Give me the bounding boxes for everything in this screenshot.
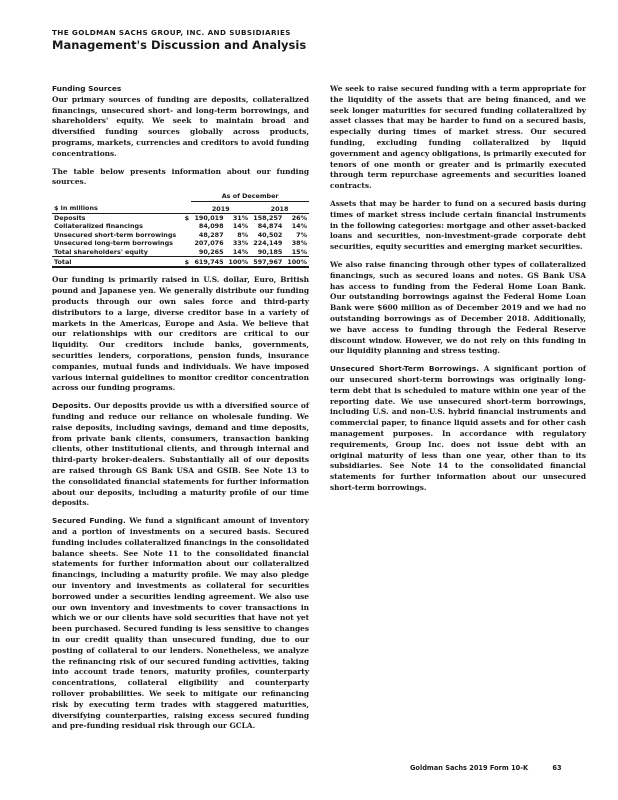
percent-2018: 100% — [284, 257, 309, 268]
percent-2018: 14% — [284, 222, 309, 230]
value-2019: 207,076 — [191, 239, 225, 247]
left-column: Funding Sources Our primary sources of f… — [52, 84, 309, 739]
funding-sources-table: As of December $ in millions 2019 2018 D… — [52, 192, 309, 268]
table-group-header: As of December — [191, 192, 309, 201]
table-row: Unsecured short-term borrowings 48,287 8… — [52, 231, 309, 239]
currency-symbol: $ — [183, 213, 192, 222]
secured-funding-paragraph: Secured Funding. We fund a significant a… — [52, 516, 309, 732]
percent-2019: 31% — [226, 213, 251, 222]
funding-intro-paragraph: Our primary sources of funding are depos… — [52, 95, 309, 160]
value-2019: 190,019 — [191, 213, 225, 222]
table-row: Deposits $ 190,019 31% 158,257 26% — [52, 213, 309, 222]
percent-2019: 100% — [226, 257, 251, 268]
page-header: THE GOLDMAN SACHS GROUP, INC. AND SUBSID… — [52, 28, 572, 52]
table-total-row: Total $ 619,745 100% 597,967 100% — [52, 257, 309, 268]
currency-symbol — [183, 239, 192, 247]
currency-symbol — [183, 231, 192, 239]
row-label: Unsecured short-term borrowings — [52, 231, 183, 239]
value-2018: 90,185 — [250, 248, 284, 257]
currency-symbol — [183, 222, 192, 230]
page-number: 63 — [552, 764, 561, 772]
value-2018: 158,257 — [250, 213, 284, 222]
company-name: THE GOLDMAN SACHS GROUP, INC. AND SUBSID… — [52, 28, 572, 37]
table-intro-paragraph: The table below presents information abo… — [52, 167, 309, 189]
harder-assets-paragraph: Assets that may be harder to fund on a s… — [330, 199, 586, 253]
secured-term-paragraph: We seek to raise secured funding with a … — [330, 84, 586, 192]
section-heading-funding-sources: Funding Sources — [52, 84, 309, 95]
other-financing-paragraph: We also raise financing through other ty… — [330, 260, 586, 357]
percent-2018: 7% — [284, 231, 309, 239]
table-unit-label: $ in millions — [52, 201, 183, 213]
deposits-text: Our deposits provide us with a diversifi… — [52, 401, 309, 507]
row-label: Collateralized financings — [52, 222, 183, 230]
publication-name: Goldman Sachs 2019 Form 10-K — [410, 764, 528, 772]
table-row: Collateralized financings 84,098 14% 84,… — [52, 222, 309, 230]
right-column: We seek to raise secured funding with a … — [330, 84, 586, 501]
deposits-heading: Deposits. — [52, 401, 91, 410]
percent-2018: 38% — [284, 239, 309, 247]
table-row: Unsecured long-term borrowings 207,076 3… — [52, 239, 309, 247]
percent-2018: 15% — [284, 248, 309, 257]
percent-2019: 14% — [226, 222, 251, 230]
creditors-paragraph: Our funding is primarily raised in U.S. … — [52, 275, 309, 394]
value-2019: 84,098 — [191, 222, 225, 230]
value-2019: 619,745 — [191, 257, 225, 268]
row-label: Unsecured long-term borrowings — [52, 239, 183, 247]
deposits-paragraph: Deposits. Our deposits provide us with a… — [52, 401, 309, 509]
value-2018: 597,967 — [250, 257, 284, 268]
unsecured-short-term-paragraph: Unsecured Short-Term Borrowings. A signi… — [330, 364, 586, 494]
value-2018: 84,874 — [250, 222, 284, 230]
page-footer: Goldman Sachs 2019 Form 10-K 63 — [410, 764, 562, 772]
year-header-2019: 2019 — [191, 201, 250, 213]
percent-2018: 26% — [284, 213, 309, 222]
row-label: Deposits — [52, 213, 183, 222]
value-2018: 40,502 — [250, 231, 284, 239]
year-header-2018: 2018 — [250, 201, 309, 213]
percent-2019: 33% — [226, 239, 251, 247]
value-2018: 224,149 — [250, 239, 284, 247]
currency-symbol: $ — [183, 257, 192, 268]
value-2019: 90,265 — [191, 248, 225, 257]
table-row: Total shareholders' equity 90,265 14% 90… — [52, 248, 309, 257]
row-label: Total — [52, 257, 183, 268]
unsecured-short-term-text: A significant portion of our unsecured s… — [330, 364, 586, 492]
secured-funding-text: We fund a significant amount of inventor… — [52, 516, 309, 730]
secured-funding-heading: Secured Funding. — [52, 516, 126, 525]
page-title: Management's Discussion and Analysis — [52, 38, 572, 52]
currency-symbol — [183, 248, 192, 257]
value-2019: 48,287 — [191, 231, 225, 239]
percent-2019: 8% — [226, 231, 251, 239]
row-label: Total shareholders' equity — [52, 248, 183, 257]
percent-2019: 14% — [226, 248, 251, 257]
unsecured-short-term-heading: Unsecured Short-Term Borrowings. — [330, 364, 479, 373]
